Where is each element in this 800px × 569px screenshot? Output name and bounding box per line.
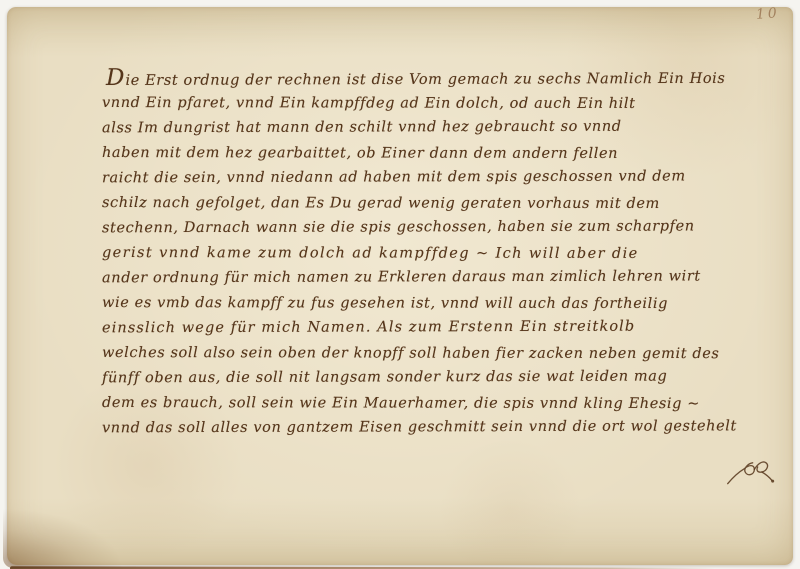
manuscript-line: schilz nach gefolget, dan Es Du gerad we… — [102, 191, 724, 217]
manuscript-line: Die Erst ordnug der rechnen ist dise Vom… — [106, 64, 728, 91]
manuscript-line: einsslich wege für mich Namen. Als zum E… — [102, 314, 724, 341]
page-corner-shadow — [3, 508, 123, 568]
manuscript-line: dem es brauch, soll sein wie Ein Mauerha… — [102, 391, 724, 417]
manuscript-line: raicht die sein, vnnd niedann ad haben m… — [102, 164, 724, 191]
folio-number: 10 — [756, 5, 781, 23]
manuscript-line: alss Im dungrist hat mann den schilt vnn… — [102, 114, 724, 141]
manuscript-photo: 10 Die Erst ordnug der rechnen ist dise … — [0, 0, 800, 569]
manuscript-line: ander ordnung für mich namen zu Erkleren… — [102, 264, 724, 291]
manuscript-line: vnnd Ein pfaret, vnnd Ein kampffdeg ad E… — [102, 91, 724, 117]
manuscript-line: vnnd das soll alles von gantzem Eisen ge… — [102, 414, 724, 441]
scribe-paraph-icon — [726, 453, 776, 491]
manuscript-page: 10 Die Erst ordnug der rechnen ist dise … — [7, 7, 793, 565]
manuscript-line: gerist vnnd kame zum dolch ad kampffdeg … — [102, 241, 724, 267]
manuscript-line: welches soll also sein oben der knopff s… — [102, 341, 724, 367]
manuscript-line: fünff oben aus, die soll nit langsam son… — [102, 364, 724, 391]
manuscript-text-block: Die Erst ordnug der rechnen ist dise Vom… — [102, 66, 724, 441]
manuscript-line: wie es vmb das kampff zu fus gesehen ist… — [102, 291, 724, 317]
manuscript-line: stechenn, Darnach wann sie die spis gesc… — [102, 214, 724, 241]
manuscript-line: haben mit dem hez gearbaittet, ob Einer … — [102, 141, 724, 167]
